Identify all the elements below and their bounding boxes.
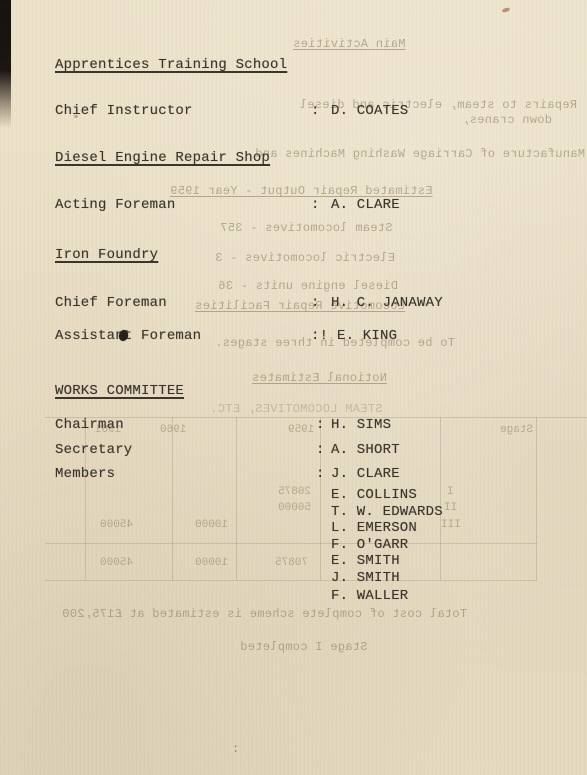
bleedthrough-text: Total cost of complete scheme is estimat… (62, 607, 467, 621)
row-label-chairman: Chairman (55, 417, 124, 433)
section-heading-diesel-engine-repair-shop: Diesel Engine Repair Shop (55, 150, 270, 166)
bleedthrough-table-cell: 1959 (288, 424, 314, 436)
row-value-assistant-foreman: E. KING (337, 328, 397, 344)
row-value-chief-foreman: H. C. JANAWAY (331, 295, 443, 311)
paper-page: Main Activities Repairs to steam, electr… (0, 0, 587, 775)
bleedthrough-table-line (536, 417, 537, 580)
row-label-secretary: Secretary (55, 442, 132, 458)
bleedthrough-text: Steam locomotives - 357 (220, 221, 393, 235)
row-separator: : (311, 295, 320, 311)
bleedthrough-text: Stage I completed (240, 640, 368, 654)
scanned-document: { "document": { "sections": [ { "heading… (0, 0, 587, 775)
bleedthrough-text: To be completed in three stages. (215, 336, 455, 350)
member-name: E. COLLINS (331, 487, 417, 503)
member-name: F. O'GARR (331, 537, 408, 553)
bleedthrough-text: down cranes, (462, 113, 552, 127)
bleedthrough-table-cell: II (444, 502, 457, 514)
bleedthrough-text: Manufacture of Carriage Washing Machines… (250, 147, 585, 162)
section-heading-apprentices-training-school: Apprentices Training School (55, 57, 287, 73)
row-value-acting-foreman: A. CLARE (331, 197, 400, 213)
bleedthrough-text: Notional Estimates (252, 371, 387, 385)
bleedthrough-table-line (172, 417, 173, 580)
row-separator: :! (311, 328, 328, 344)
bleedthrough-table-cell: 45000 (100, 519, 133, 531)
paper-speck (74, 115, 78, 118)
bleedthrough-text: Main Activities (293, 37, 406, 51)
row-label-members: Members (55, 466, 115, 482)
row-separator: : (311, 197, 320, 213)
row-separator: : (316, 466, 325, 482)
bleedthrough-table-cell: 50000 (278, 502, 311, 514)
member-name: E. SMITH (331, 553, 400, 569)
row-separator: : (316, 417, 325, 433)
member-name: L. EMERSON (331, 520, 417, 536)
paper-speck (502, 7, 511, 13)
bleedthrough-table-cell: I (447, 486, 454, 498)
row-label-chief-foreman: Chief Foreman (55, 295, 167, 311)
member-name: F. WALLER (331, 588, 408, 604)
scan-edge-shadow (0, 0, 11, 128)
row-label-acting-foreman: Acting Foreman (55, 197, 175, 213)
member-name: J. CLARE (331, 466, 400, 482)
row-separator: : (316, 442, 325, 458)
bleedthrough-table-cell: 70875 (275, 557, 308, 569)
bleedthrough-table-cell: 10000 (195, 519, 228, 531)
member-name: J. SMITH (331, 570, 400, 586)
row-value-secretary: A. SHORT (331, 442, 400, 458)
bleedthrough-text: Electric locomotives - 3 (215, 251, 395, 265)
bleedthrough-table-line (45, 543, 537, 544)
row-value-chief-instructor: D. COATES (331, 103, 408, 119)
bleedthrough-text: Diesel engine units - 36 (218, 279, 398, 293)
section-heading-works-committee: WORKS COMMITTEE (55, 383, 184, 399)
bleedthrough-table-line (236, 417, 237, 580)
member-name: T. W. EDWARDS (331, 504, 443, 520)
section-heading-iron-foundry: Iron Foundry (55, 247, 158, 263)
bleedthrough-text: STEAM LOCOMOTIVES, ETC. (210, 402, 383, 416)
bleedthrough-table-line (440, 417, 441, 580)
bleedthrough-table-line (45, 580, 537, 581)
bleedthrough-table-cell: 1960 (160, 424, 186, 436)
bleedthrough-table-cell: Stage (500, 424, 533, 436)
row-label-assistant-foreman: Assistant Foreman (55, 328, 201, 344)
bleedthrough-text: Estimated Repair Output - Year 1959 (170, 184, 433, 198)
row-separator: : (311, 103, 320, 119)
bleedthrough-table-cell: 20875 (278, 486, 311, 498)
bleedthrough-table-cell: 45000 (100, 557, 133, 569)
bleedthrough-table-cell: III (441, 519, 461, 531)
bleedthrough-table-cell: 10000 (195, 557, 228, 569)
paper-speck: : (232, 742, 239, 756)
row-value-chairman: H. SIMS (331, 417, 391, 433)
